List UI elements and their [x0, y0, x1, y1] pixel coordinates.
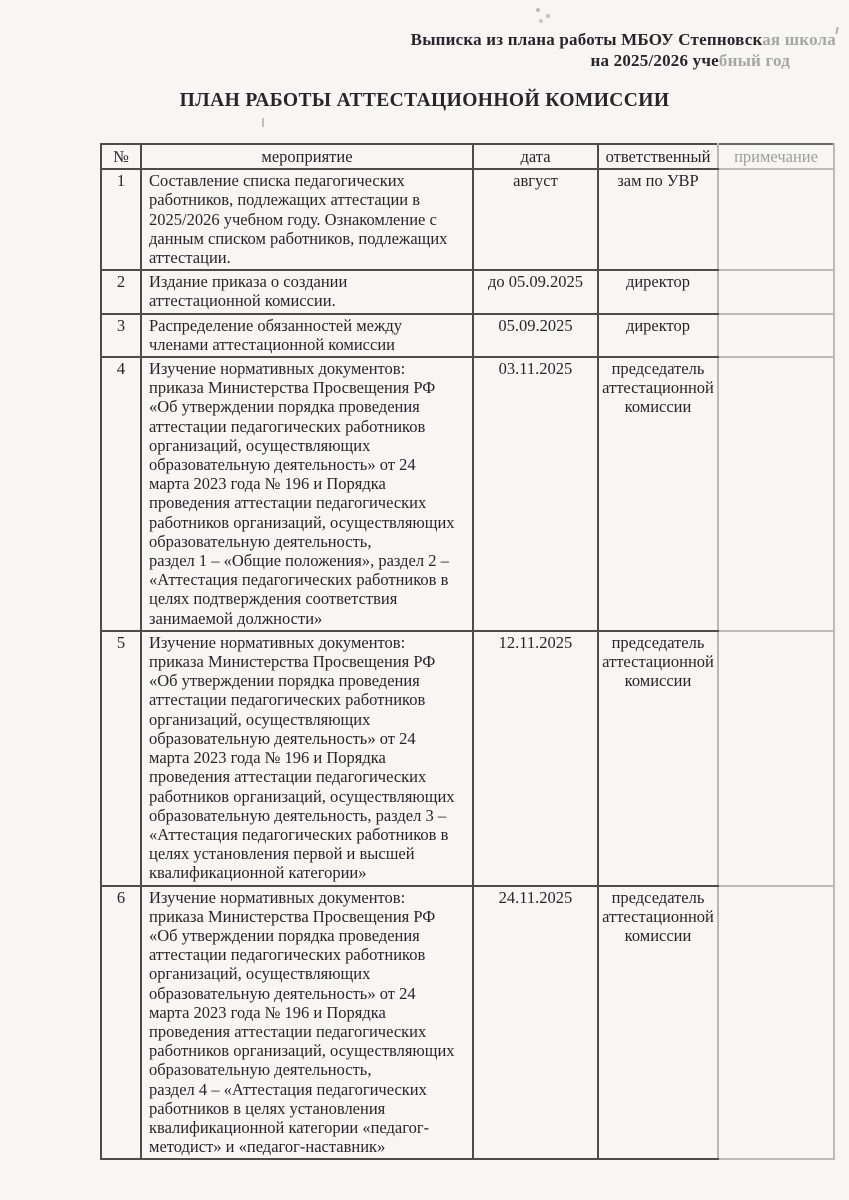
row-note	[718, 631, 834, 886]
col-header-num: №	[101, 144, 141, 169]
row-event: Изучение нормативных документов: приказа…	[141, 886, 473, 1160]
row-note	[718, 270, 834, 313]
col-header-note: примечание	[718, 144, 834, 169]
document-header: Выписка из плана работы МБОУ Степновская…	[411, 29, 836, 71]
row-number: 4	[101, 357, 141, 631]
row-event: Составление списка педагогических работн…	[141, 169, 473, 270]
row-date: 05.09.2025	[473, 314, 598, 357]
row-number: 2	[101, 270, 141, 313]
row-date: 24.11.2025	[473, 886, 598, 1160]
table-row: 4 Изучение нормативных документов: прика…	[101, 357, 834, 631]
table-row: 5 Изучение нормативных документов: прика…	[101, 631, 834, 886]
row-note	[718, 886, 834, 1160]
header-line-1-faded-text: ая школа	[762, 30, 836, 49]
col-header-event: мероприятие	[141, 144, 473, 169]
row-number: 3	[101, 314, 141, 357]
table-header-row: № мероприятие дата ответственный примеча…	[101, 144, 834, 169]
row-number: 1	[101, 169, 141, 270]
row-event: Изучение нормативных документов: приказа…	[141, 357, 473, 631]
row-number: 6	[101, 886, 141, 1160]
row-responsible: председатель аттестационной комиссии	[598, 631, 718, 886]
row-note	[718, 169, 834, 270]
header-line-2-text: на 2025/2026 уче	[591, 51, 719, 70]
scan-artifact-dots	[536, 8, 540, 12]
table-row: 6 Изучение нормативных документов: прика…	[101, 886, 834, 1160]
row-event: Изучение нормативных документов: приказа…	[141, 631, 473, 886]
table-row: 2 Издание приказа о создании аттестацион…	[101, 270, 834, 313]
row-responsible: председатель аттестационной комиссии	[598, 357, 718, 631]
header-line-2-faded-text: бный год	[719, 51, 790, 70]
document-page: Выписка из плана работы МБОУ Степновская…	[0, 0, 849, 1200]
row-date: до 05.09.2025	[473, 270, 598, 313]
row-note	[718, 357, 834, 631]
col-header-date: дата	[473, 144, 598, 169]
scan-artifact-tick	[262, 118, 264, 127]
row-number: 5	[101, 631, 141, 886]
row-responsible: директор	[598, 270, 718, 313]
row-responsible: председатель аттестационной комиссии	[598, 886, 718, 1160]
row-event: Издание приказа о создании аттестационно…	[141, 270, 473, 313]
header-line-1: Выписка из плана работы МБОУ Степновская…	[411, 29, 836, 50]
header-line-1-text: Выписка из плана работы МБОУ Степновск	[411, 30, 763, 49]
row-date: 12.11.2025	[473, 631, 598, 886]
plan-table: № мероприятие дата ответственный примеча…	[100, 143, 835, 1160]
row-date: 03.11.2025	[473, 357, 598, 631]
row-event: Распределение обязанностей между членами…	[141, 314, 473, 357]
header-line-2: на 2025/2026 учебный год	[411, 50, 836, 71]
row-date: август	[473, 169, 598, 270]
row-note	[718, 314, 834, 357]
table-row: 1 Составление списка педагогических рабо…	[101, 169, 834, 270]
row-responsible: директор	[598, 314, 718, 357]
table-row: 3 Распределение обязанностей между члена…	[101, 314, 834, 357]
col-header-responsible: ответственный	[598, 144, 718, 169]
page-title: ПЛАН РАБОТЫ АТТЕСТАЦИОННОЙ КОМИССИИ	[0, 90, 849, 112]
row-responsible: зам по УВР	[598, 169, 718, 270]
